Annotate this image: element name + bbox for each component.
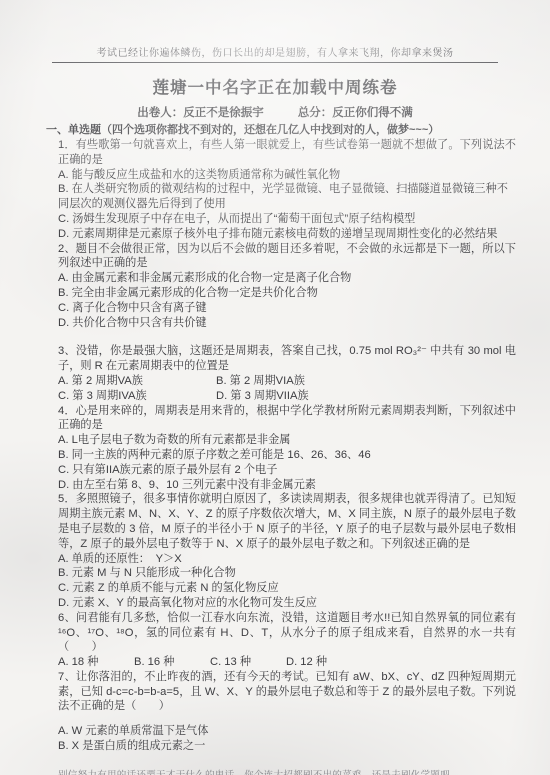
option-item: B. 第 2 周期VIA族: [216, 374, 374, 389]
option-item: D. 第 3 周期VIIA族: [216, 389, 374, 404]
option-item: A. W 元素的单质常温下是气体: [58, 724, 516, 739]
questions: 1．有些歌第一句就喜欢上，有些人第一眼就爱上，有些试卷第一题就不想做了。下列说法…: [58, 138, 516, 754]
option-item: C. 元素 Z 的单质不能与元素 N 的氢化物反应: [58, 581, 516, 596]
exam-title: 莲塘一中名字正在加载中周练卷: [0, 74, 550, 98]
exam-paper-sheet: 考试已经让你遍体鳞伤，伤口长出的却是翅膀，有人拿来飞翔，你却拿来煲汤 莲塘一中名…: [0, 0, 550, 775]
option-item: C. 第 3 周期IVA族: [58, 389, 216, 404]
options-list: A. 由金属元素和非金属元素形成的化合物一定是离子化合物B. 完全由非金属元素形…: [58, 271, 516, 330]
options-list: A. W 元素的单质常温下是气体B. X 是蛋白质的组成元素之一: [58, 724, 516, 754]
question-block: 2、题目不会做很正常，因为以后不会做的题目还多着呢，不会做的永远都是下一题，所以…: [58, 242, 516, 331]
exam-body: 一、单选题（四个选项你都找不到对的，还想在几亿人中找到对的人，做梦~~~） 1．…: [0, 120, 550, 775]
option-item: A. 单质的还原性： Y＞X: [58, 552, 516, 567]
question-block: 7、让你落泪的，不止昨夜的酒，还有今天的考试。已知有 aW、bX、cY、dZ 四…: [58, 670, 516, 754]
option-item: D. 共价化合物中只含有共价键: [58, 316, 516, 331]
top-motto: 考试已经让你遍体鳞伤，伤口长出的却是翅膀，有人拿来飞翔，你却拿来煲汤: [0, 0, 550, 59]
question-stem: 3、没错，你是最强大脑，这题还是周期表，答案自己找，0.75 mol RO₃²⁻…: [58, 344, 516, 374]
option-item: A. 18 种: [58, 655, 134, 670]
question-stem: 2、题目不会做很正常，因为以后不会做的题目还多着呢，不会做的永远都是下一题，所以…: [58, 242, 516, 272]
option-item: B. 16 种: [134, 655, 210, 670]
option-item: C. 13 种: [210, 655, 286, 670]
option-item: C. 离子化合物中只含有离子键: [58, 301, 516, 316]
option-item: B. 同一主族的两种元素的原子序数之差可能是 16、26、36、46: [58, 448, 516, 463]
option-item: D. 12 种: [286, 655, 362, 670]
byline: 出卷人：反正不是徐振宇总分：反正你们得不满: [0, 104, 550, 120]
question-block: 1．有些歌第一句就喜欢上，有些人第一眼就爱上，有些试卷第一题就不想做了。下列说法…: [58, 138, 516, 242]
option-item: A. L电子层电子数为奇数的所有元素都是非金属: [58, 433, 516, 448]
option-item: B. 完全由非金属元素形成的化合物一定是共价化合物: [58, 286, 516, 301]
option-item: A. 能与酸反应生成盐和水的这类物质通常称为碱性氧化物: [58, 168, 516, 183]
option-item: D. 元素周期律是元素原子核外电子排布随元素核电荷数的递增呈现周期性变化的必然结…: [58, 227, 516, 242]
options-list: A. 第 2 周期VA族B. 第 2 周期VIA族C. 第 3 周期IVA族D.…: [58, 374, 516, 404]
header-divider: [52, 62, 498, 63]
total-score-label: 总分：反正你们得不满: [298, 104, 413, 120]
option-item: D. 由左至右第 8、9、10 三列元素中没有非金属元素: [58, 478, 516, 493]
options-list: A. 18 种B. 16 种C. 13 种D. 12 种: [58, 655, 516, 670]
options-list: A. L电子层电子数为奇数的所有元素都是非金属B. 同一主族的两种元素的原子序数…: [58, 433, 516, 492]
question-block: 5．多照照镜子，很多事情你就明白原因了，多读读周期表，很多规律也就弄得清了。已知…: [58, 492, 516, 610]
question-stem: 7、让你落泪的，不止昨夜的酒，还有今天的考试。已知有 aW、bX、cY、dZ 四…: [58, 670, 516, 714]
option-item: A. 第 2 周期VA族: [58, 374, 216, 389]
option-item: B. X 是蛋白质的组成元素之一: [58, 739, 516, 754]
bottom-motto: 别信努力有用的话还要天才干什么的鬼话，你个连大招都刷不出的菜鸡，还是去刷化学题吧…: [58, 767, 516, 775]
examiner-label: 出卷人：反正不是徐振宇: [137, 104, 264, 120]
question-block: 6、问君能有几多愁，恰似一江春水向东流，没错，这道题目考水!!已知自然界氧的同位…: [58, 611, 516, 670]
option-item: C. 只有第IIA族元素的原子最外层有 2 个电子: [58, 463, 516, 478]
question-stem: 4．心是用来碎的，周期表是用来背的，根据中学化学教材所附元素周期表判断，下列叙述…: [58, 404, 516, 434]
question-stem: 5．多照照镜子，很多事情你就明白原因了，多读读周期表，很多规律也就弄得清了。已知…: [58, 492, 516, 551]
option-item: B. 元素 M 与 N 只能形成一种化合物: [58, 566, 516, 581]
options-list: A. 能与酸反应生成盐和水的这类物质通常称为碱性氧化物B. 在人类研究物质的微观…: [58, 168, 516, 242]
question-stem: 6、问君能有几多愁，恰似一江春水向东流，没错，这道题目考水!!已知自然界氧的同位…: [58, 611, 516, 655]
question-block: 3、没错，你是最强大脑，这题还是周期表，答案自己找，0.75 mol RO₃²⁻…: [58, 344, 516, 403]
options-list: A. 单质的还原性： Y＞XB. 元素 M 与 N 只能形成一种化合物C. 元素…: [58, 552, 516, 611]
option-item: B. 在人类研究物质的微观结构的过程中，光学显微镜、电子显微镜、扫描隧道显微镜三…: [58, 182, 516, 212]
option-item: C. 汤姆生发现原子中存在电子，从而提出了“葡萄干面包式”原子结构模型: [58, 212, 516, 227]
section-heading: 一、单选题（四个选项你都找不到对的，还想在几亿人中找到对的人，做梦~~~）: [46, 123, 516, 138]
question-block: 4．心是用来碎的，周期表是用来背的，根据中学化学教材所附元素周期表判断，下列叙述…: [58, 404, 516, 493]
option-item: D. 元素 X、Y 的最高氧化物对应的水化物可发生反应: [58, 596, 516, 611]
option-item: A. 由金属元素和非金属元素形成的化合物一定是离子化合物: [58, 271, 516, 286]
question-stem: 1．有些歌第一句就喜欢上，有些人第一眼就爱上，有些试卷第一题就不想做了。下列说法…: [58, 138, 516, 168]
